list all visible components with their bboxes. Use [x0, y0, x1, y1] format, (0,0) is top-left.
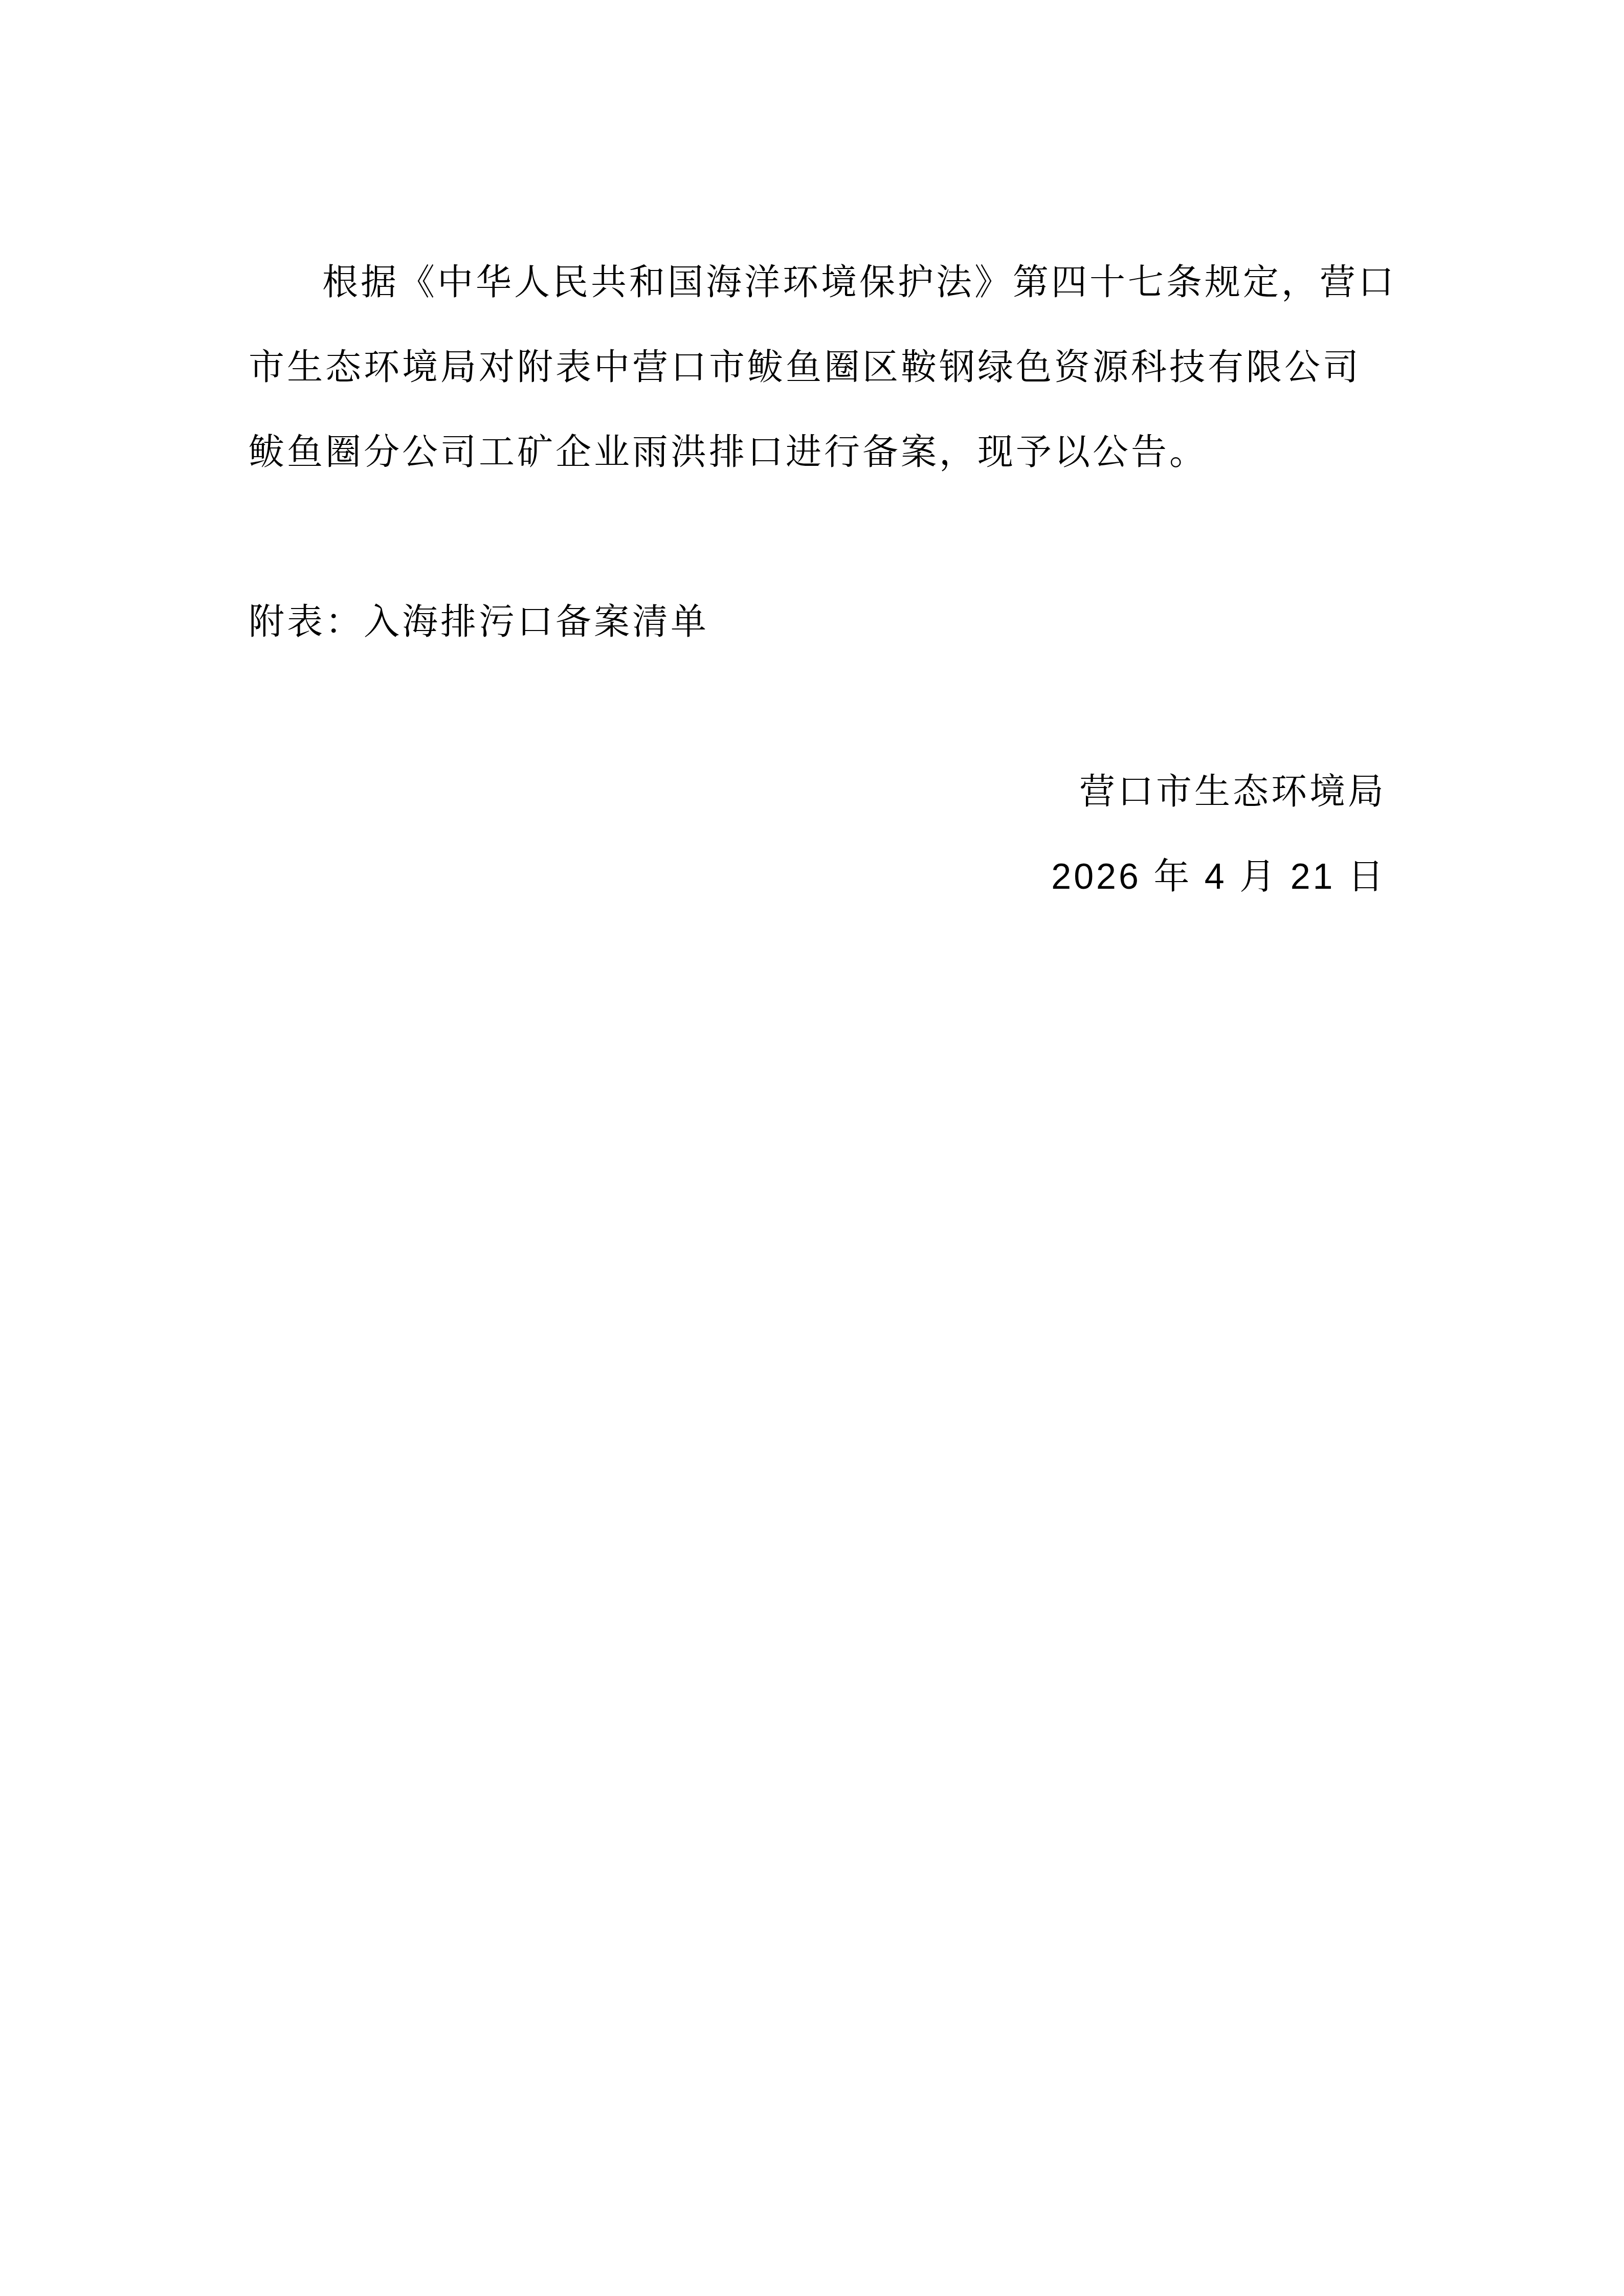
- attachment-note: 附表：入海排污口备案清单: [249, 579, 1386, 664]
- issuer-signature: 营口市生态环境局: [249, 749, 1386, 834]
- blank-line-1: [249, 494, 1386, 579]
- blank-line-2: [249, 664, 1386, 749]
- issue-date: 2026 年 4 月 21 日: [249, 834, 1386, 919]
- paragraph-line-1: 根据《中华人民共和国海洋环境保护法》第四十七条规定，营口: [249, 240, 1386, 325]
- paragraph-line-3: 鲅鱼圈分公司工矿企业雨洪排口进行备案，现予以公告。: [249, 410, 1386, 494]
- notice-content: 根据《中华人民共和国海洋环境保护法》第四十七条规定，营口 市生态环境局对附表中营…: [249, 240, 1386, 919]
- paragraph-line-2: 市生态环境局对附表中营口市鲅鱼圈区鞍钢绿色资源科技有限公司: [249, 325, 1386, 410]
- notice-page: 根据《中华人民共和国海洋环境保护法》第四十七条规定，营口 市生态环境局对附表中营…: [0, 0, 1624, 2296]
